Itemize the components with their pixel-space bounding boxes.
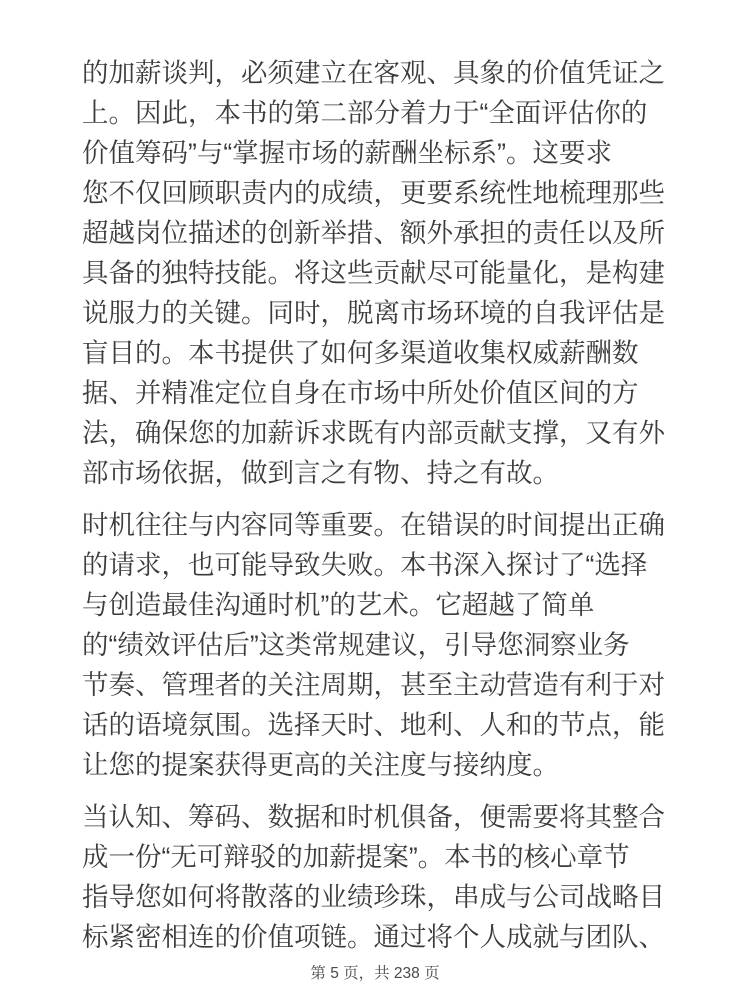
text-line: 具备的独特技能。将这些贡献尽可能量化，是构建 (82, 253, 682, 293)
text-line: 节奏、管理者的关注周期，甚至主动营造有利于对 (82, 665, 682, 705)
text-line: 话的语境氛围。选择天时、地利、人和的节点，能 (82, 705, 682, 745)
text-line: 的请求，也可能导致失败。本书深入探讨了“选择 (82, 545, 682, 585)
text-line: 的“绩效评估后”这类常规建议，引导您洞察业务 (82, 625, 682, 665)
paragraph-3: 当认知、筹码、数据和时机俱备，便需要将其整合 成一份“无可辩驳的加薪提案”。本书… (82, 797, 682, 957)
page-body-text: 的加薪谈判，必须建立在客观、具象的价值凭证之 上。因此，本书的第二部分着力于“全… (82, 53, 682, 957)
text-line: 上。因此，本书的第二部分着力于“全面评估你的 (82, 93, 682, 133)
text-line: 超越岗位描述的创新举措、额外承担的责任以及所 (82, 213, 682, 253)
text-line: 时机往往与内容同等重要。在错误的时间提出正确 (82, 505, 682, 545)
text-line: 法，确保您的加薪诉求既有内部贡献支撑，又有外 (82, 413, 682, 453)
text-line: 成一份“无可辩驳的加薪提案”。本书的核心章节 (82, 837, 682, 877)
text-line: 当认知、筹码、数据和时机俱备，便需要将其整合 (82, 797, 682, 837)
text-line: 指导您如何将散落的业绩珍珠，串成与公司战略目 (82, 877, 682, 917)
text-line: 盲目的。本书提供了如何多渠道收集权威薪酬数 (82, 333, 682, 373)
page-number-label: 第 5 页，共 238 页 (310, 965, 439, 982)
text-line: 据、并精准定位自身在市场中所处价值区间的方 (82, 373, 682, 413)
text-line: 的加薪谈判，必须建立在客观、具象的价值凭证之 (82, 53, 682, 93)
text-line: 说服力的关键。同时，脱离市场环境的自我评估是 (82, 293, 682, 333)
paragraph-1: 的加薪谈判，必须建立在客观、具象的价值凭证之 上。因此，本书的第二部分着力于“全… (82, 53, 682, 493)
paragraph-2: 时机往往与内容同等重要。在错误的时间提出正确 的请求，也可能导致失败。本书深入探… (82, 505, 682, 785)
text-line: 价值筹码”与“掌握市场的薪酬坐标系”。这要求 (82, 133, 682, 173)
document-page: 的加薪谈判，必须建立在客观、具象的价值凭证之 上。因此，本书的第二部分着力于“全… (0, 0, 750, 1000)
page-number-footer: 第 5 页，共 238 页 (0, 963, 750, 985)
text-line: 部市场依据，做到言之有物、持之有故。 (82, 453, 682, 493)
text-line: 让您的提案获得更高的关注度与接纳度。 (82, 745, 682, 785)
text-line: 标紧密相连的价值项链。通过将个人成就与团队、 (82, 917, 682, 957)
text-line: 您不仅回顾职责内的成绩，更要系统性地梳理那些 (82, 173, 682, 213)
text-line: 与创造最佳沟通时机”的艺术。它超越了简单 (82, 585, 682, 625)
